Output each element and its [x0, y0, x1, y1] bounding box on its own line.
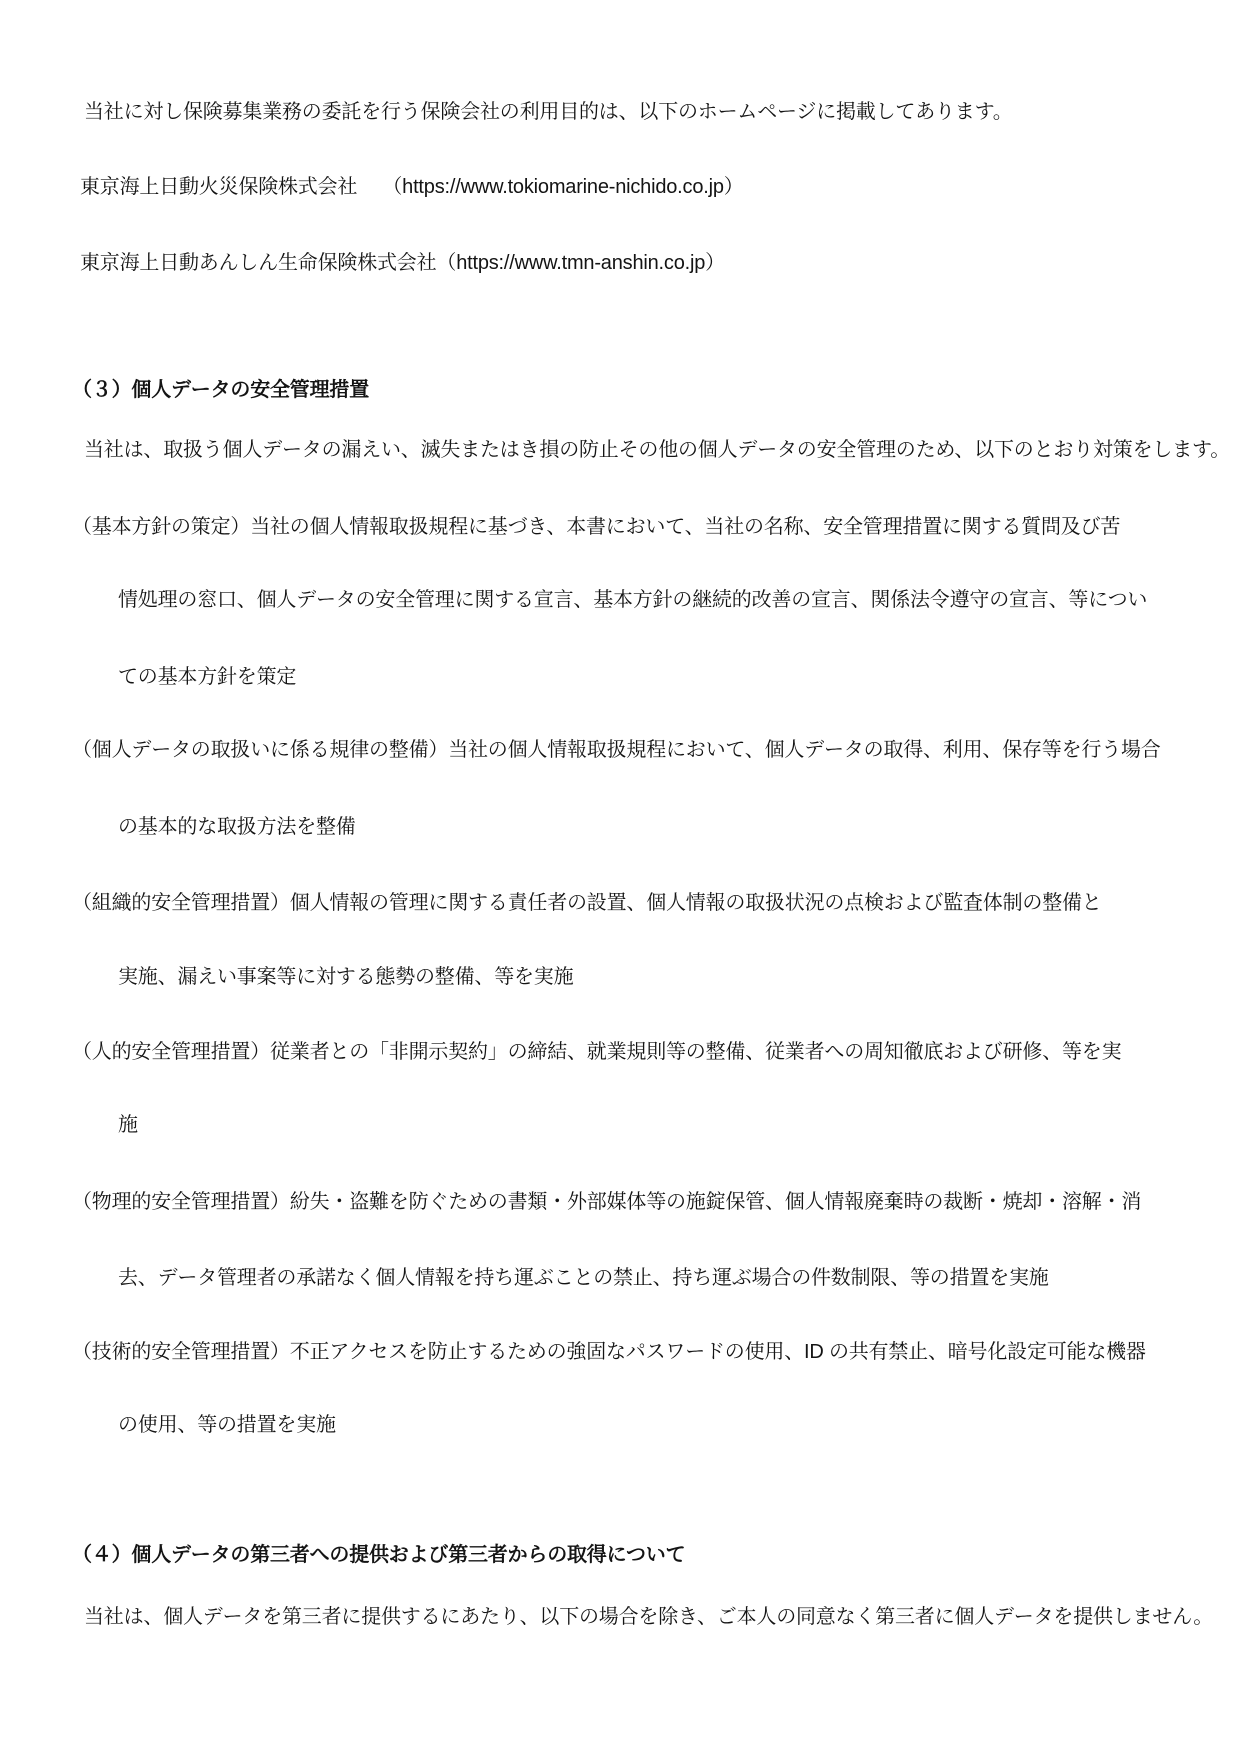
section-4-intro: 当社は、個人データを第三者に提供するにあたり、以下の場合を除き、ご本人の同意なく… [84, 1602, 1213, 1632]
personnel-line-1: （人的安全管理措置）従業者との「非開示契約」の締結、就業規則等の整備、従業者への… [72, 1037, 1121, 1067]
personnel-line-2: 施 [118, 1110, 138, 1140]
document-page: 当社に対し保険募集業務の委託を行う保険会社の利用目的は、以下のホームページに掲載… [0, 0, 1240, 1755]
technical-line-1: （技術的安全管理措置）不正アクセスを防止するための強固なパスワードの使用、ID … [72, 1337, 1146, 1367]
organizational-line-1: （組織的安全管理措置）個人情報の管理に関する責任者の設置、個人情報の取扱状況の点… [72, 888, 1102, 918]
basic-policy-line-2: 情処理の窓口、個人データの安全管理に関する宣言、基本方針の継続的改善の宣言、関係… [118, 585, 1147, 615]
organizational-line-2: 実施、漏えい事案等に対する態勢の整備、等を実施 [118, 962, 573, 992]
technical-line-2: の使用、等の措置を実施 [118, 1410, 336, 1440]
company-anshin-line: 東京海上日動あんしん生命保険株式会社（https://www.tmn-anshi… [80, 248, 725, 278]
section-3-heading: （３）個人データの安全管理措置 [72, 375, 369, 405]
physical-line-1: （物理的安全管理措置）紛失・盗難を防ぐための書類・外部媒体等の施錠保管、個人情報… [72, 1187, 1141, 1217]
section-4-heading: （４）個人データの第三者への提供および第三者からの取得について [72, 1540, 685, 1570]
section-3-intro: 当社は、取扱う個人データの漏えい、滅失またはき損の防止その他の個人データの安全管… [84, 435, 1230, 465]
basic-policy-line-1: （基本方針の策定）当社の個人情報取扱規程に基づき、本書において、当社の名称、安全… [72, 512, 1120, 542]
handling-rules-line-2: の基本的な取扱方法を整備 [118, 812, 356, 842]
company-tokiomarine-line: 東京海上日動火災保険株式会社 （https://www.tokiomarine-… [80, 172, 744, 202]
intro-paragraph: 当社に対し保険募集業務の委託を行う保険会社の利用目的は、以下のホームページに掲載… [84, 97, 1013, 127]
handling-rules-line-1: （個人データの取扱いに係る規律の整備）当社の個人情報取扱規程において、個人データ… [72, 735, 1161, 765]
basic-policy-line-3: ての基本方針を策定 [118, 662, 296, 692]
physical-line-2: 去、データ管理者の承諾なく個人情報を持ち運ぶことの禁止、持ち運ぶ場合の件数制限、… [118, 1263, 1049, 1293]
